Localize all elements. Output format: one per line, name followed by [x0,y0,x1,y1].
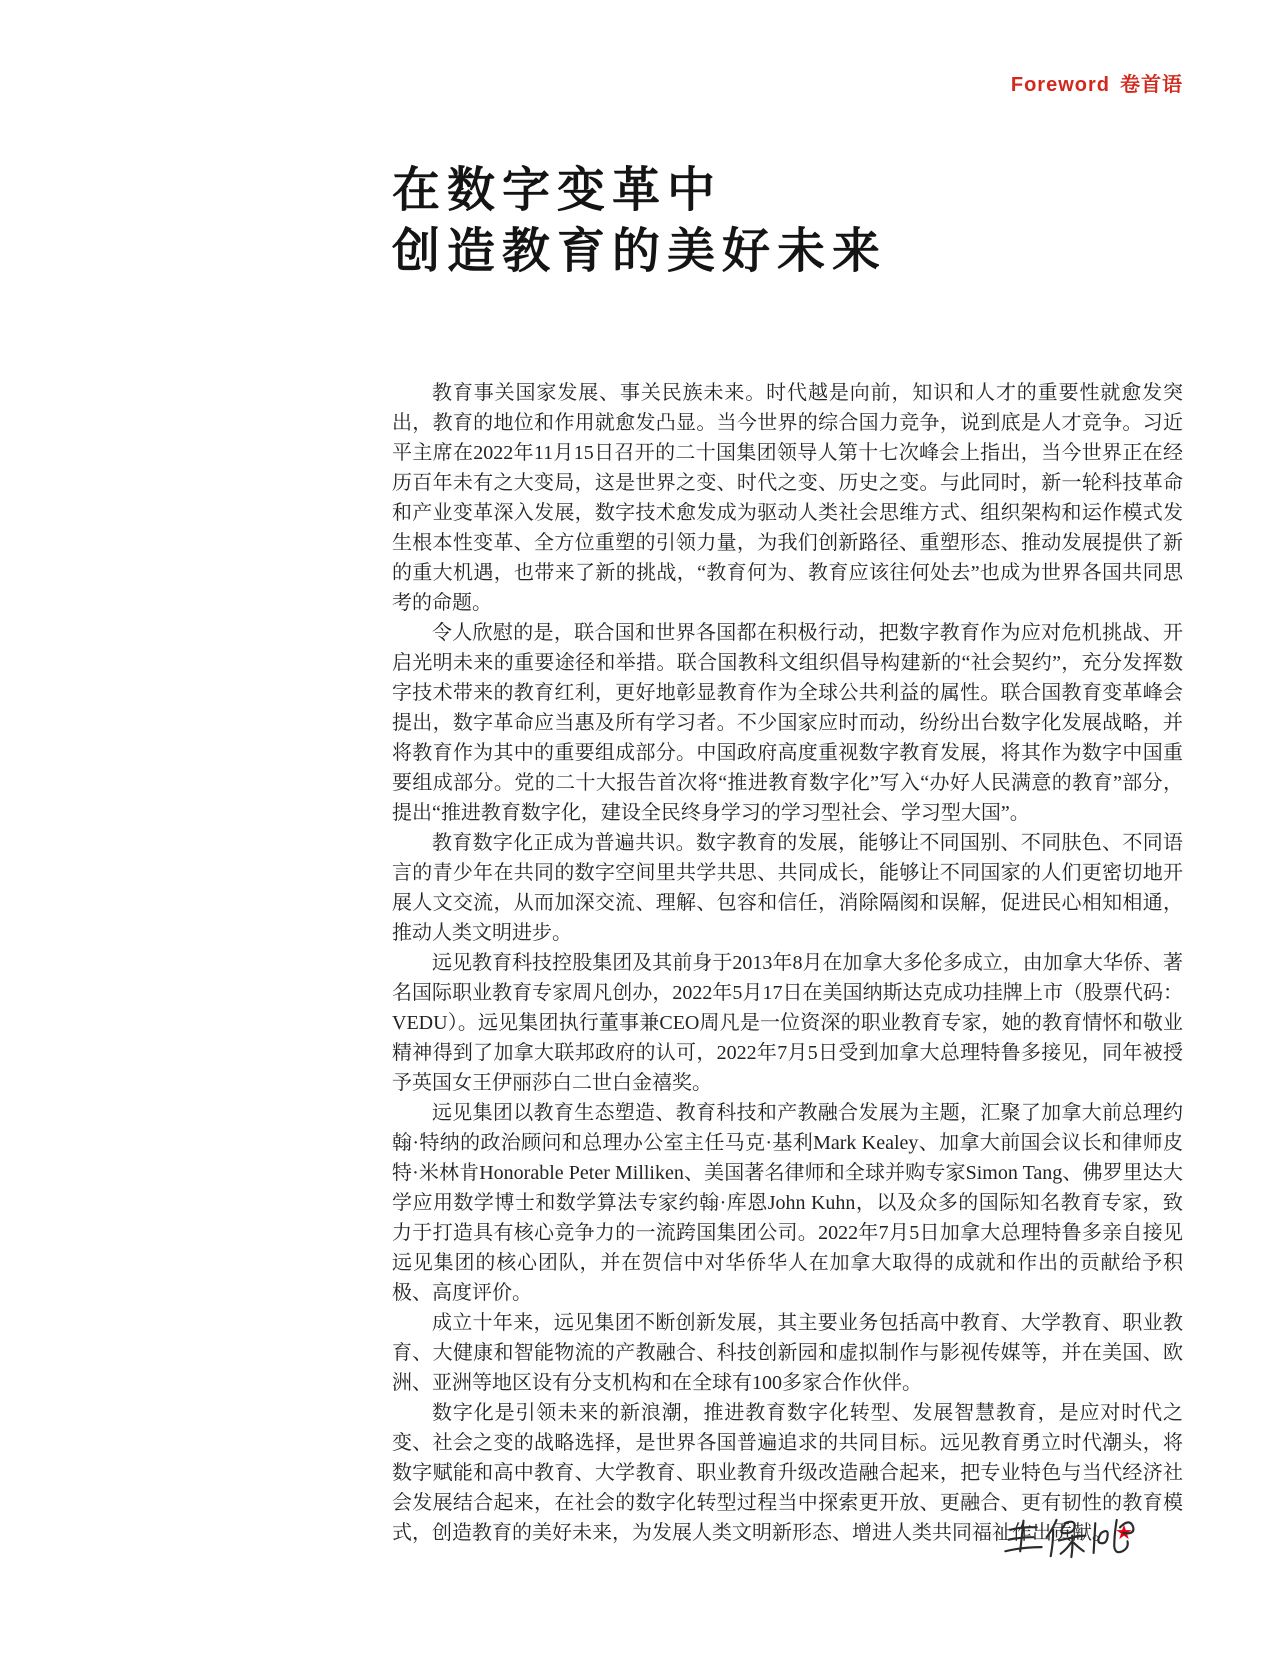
article-title: 在数字变革中 创造教育的美好未来 [392,0,1183,282]
paragraph: 教育事关国家发展、事关民族未来。时代越是向前，知识和人才的重要性就愈发突出，教育… [392,378,1183,618]
paragraph: 成立十年来，远见集团不断创新发展，其主要业务包括高中教育、大学教育、职业教育、大… [392,1308,1183,1398]
paragraph: 教育数字化正成为普遍共识。数字教育的发展，能够让不同国别、不同肤色、不同语言的青… [392,828,1183,948]
paragraph: 远见教育科技控股集团及其前身于2013年8月在加拿大多伦多成立，由加拿大华侨、著… [392,948,1183,1098]
paragraph: 远见集团以教育生态塑造、教育科技和产教融合发展为主题，汇聚了加拿大前总理约翰·特… [392,1098,1183,1308]
signature [998,1510,1148,1576]
article-title-line2: 创造教育的美好未来 [392,225,887,278]
paragraph: 令人欣慰的是，联合国和世界各国都在积极行动，把数字教育作为应对危机挑战、开启光明… [392,618,1183,828]
signature-handwriting-icon [998,1510,1148,1576]
article-title-line1: 在数字变革中 [392,164,722,217]
article-body: 教育事关国家发展、事关民族未来。时代越是向前，知识和人才的重要性就愈发突出，教育… [392,378,1183,1548]
magazine-page: Foreword卷首语 在数字变革中 创造教育的美好未来 教育事关国家发展、事关… [0,0,1270,1654]
article-column: 在数字变革中 创造教育的美好未来 教育事关国家发展、事关民族未来。时代越是向前，… [392,0,1183,1548]
